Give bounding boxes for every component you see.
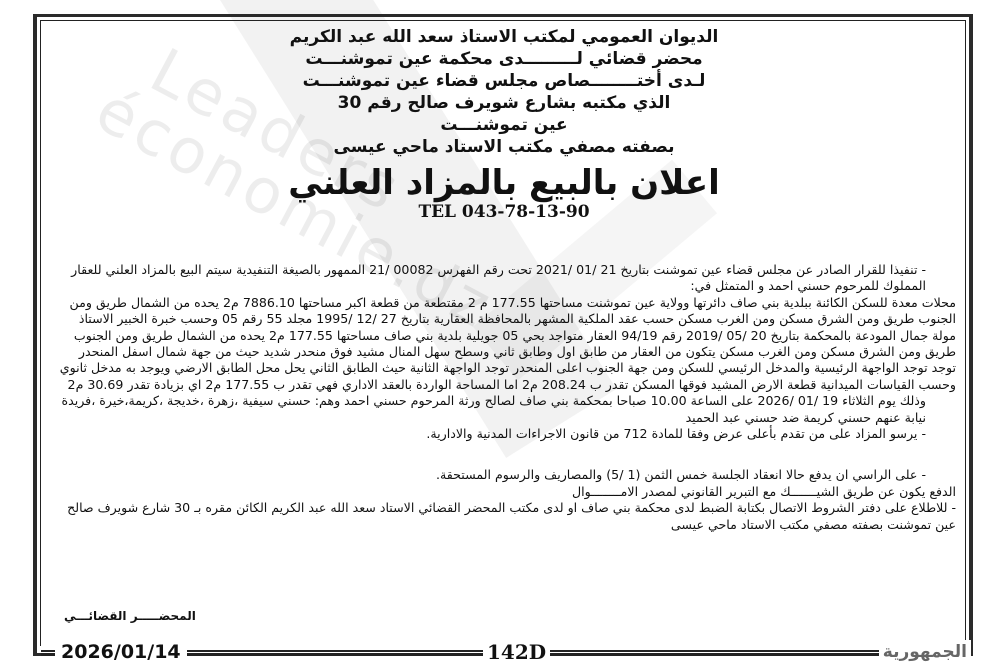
office-city: عين تموشنـــت	[48, 114, 960, 136]
page-code: 142D	[483, 640, 550, 664]
spacer	[52, 442, 956, 467]
liquidator-capacity: بصفته مصفي مكتب الاستاد ماحي عيسى	[48, 136, 960, 158]
office-address: الذي مكتبه بشارع شويرف صالح رقم 30	[48, 92, 960, 114]
paragraph-payment-method: الدفع يكون عن طريق الشيـــــــك مع التبر…	[52, 484, 956, 500]
paragraph-property-description: محلات معدة للسكن الكائنة ببلدية بني صاف …	[52, 295, 956, 393]
paragraph-auction-date: وذلك يوم الثلاثاء 19 /01 /2026 على الساع…	[52, 393, 956, 426]
notice-title: اعلان بالبيع بالمزاد العلني	[48, 162, 960, 204]
notice-header: الديوان العمومي لمكتب الاستاذ سعد الله ع…	[48, 26, 960, 222]
bailiff-court: محضر قضائي لـــــــــدى محكمة عين تموشنـ…	[48, 48, 960, 70]
notice-body: - تنفيذا للقرار الصادر عن مجلس قضاء عين …	[52, 262, 956, 533]
office-name: الديوان العمومي لمكتب الاستاذ سعد الله ع…	[48, 26, 960, 48]
telephone-number: TEL 043-78-13-90	[48, 202, 960, 222]
paragraph-payment: - على الراسي ان يدفع حالا انعقاد الجلسة …	[52, 467, 956, 483]
signature-bailiff: المحضـــــر القضائـــي	[64, 609, 196, 623]
page-footer: 2026/01/14 142D الجمهورية	[33, 640, 973, 666]
newspaper-logo: الجمهورية	[879, 640, 971, 664]
paragraph-execution: - تنفيذا للقرار الصادر عن مجلس قضاء عين …	[52, 262, 956, 295]
paragraph-award-rule: - يرسو المزاد على من تقدم بأعلى عرض وفقا…	[52, 426, 956, 442]
jurisdiction: لـدى أختــــــــصاص مجلس قضاء عين تموشنـ…	[48, 70, 960, 92]
paragraph-conditions-contact: - للاطلاع على دفتر الشروط الاتصال بكتابة…	[52, 500, 956, 533]
publication-date: 2026/01/14	[55, 640, 187, 664]
